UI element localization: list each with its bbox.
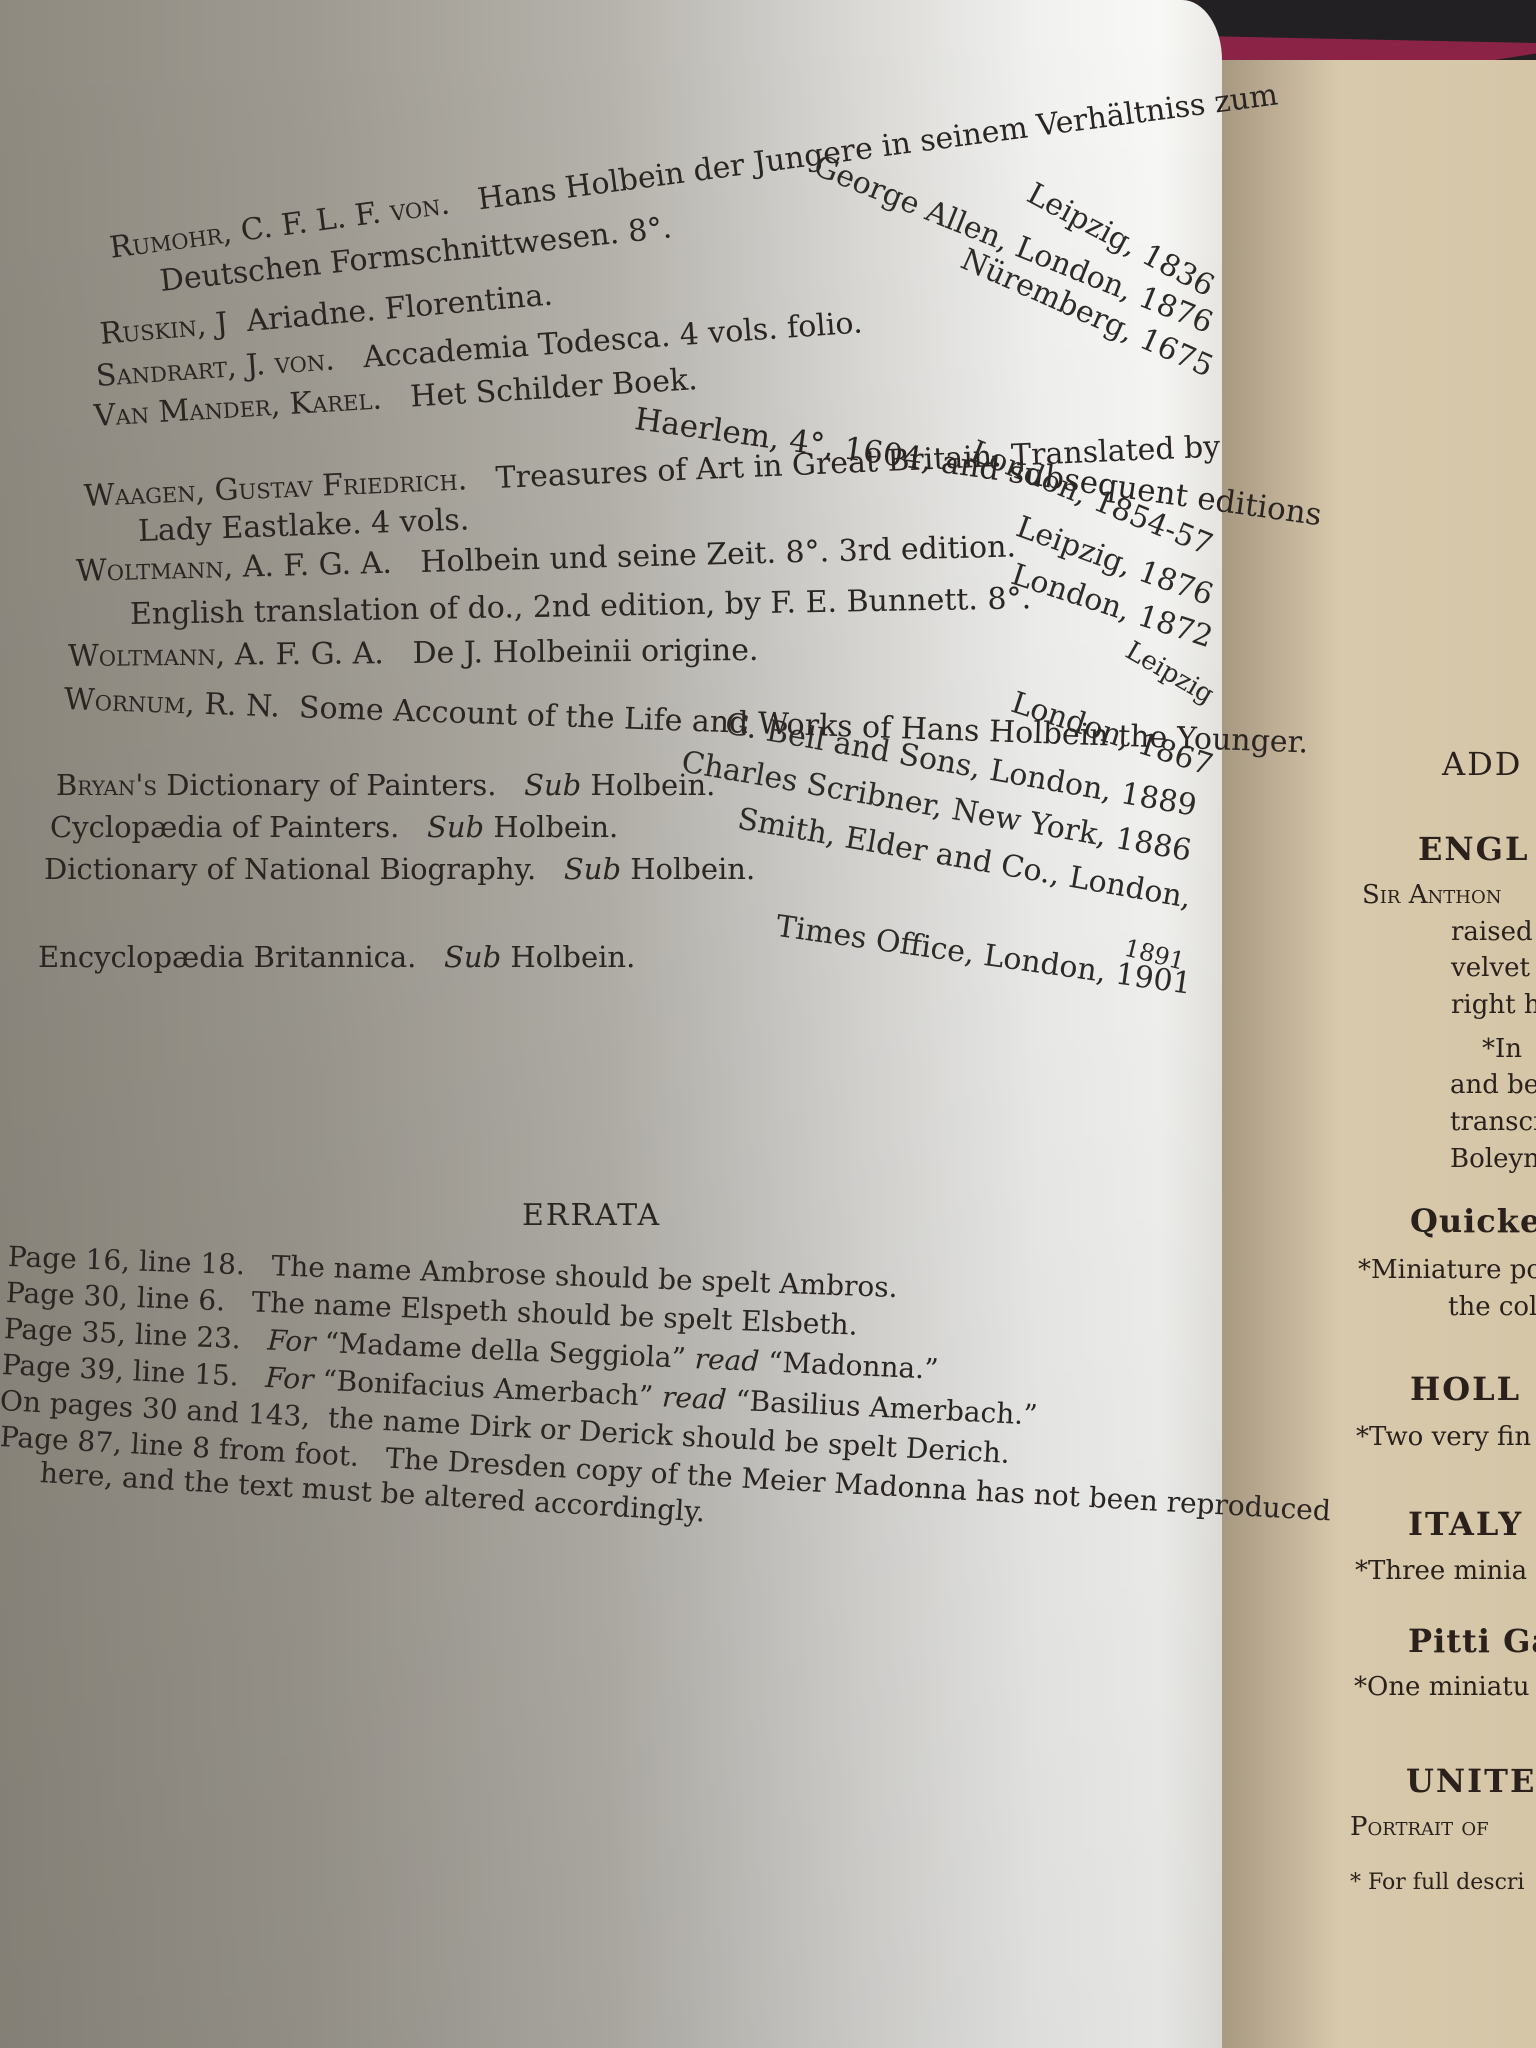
reference-title: Dictionary of Painters. [166,768,496,802]
reference-entry: Dictionary of National Biography. Sub Ho… [44,852,755,886]
section-line: raised [1451,917,1533,947]
section-line: *Miniature po [1358,1255,1536,1285]
errata-ref: Page 30, line 6. [5,1276,225,1317]
reference-entry: Cyclopædia of Painters. Sub Holbein. [50,810,618,844]
page-gutter-shadow [1215,60,1335,2048]
reference-entry: Encyclopædia Britannica. Sub Holbein. [38,940,635,974]
reference-sub: Sub [524,768,581,802]
reference-subject: Holbein. [493,810,618,844]
section-line: *Three minia [1355,1556,1527,1586]
errata-for: For [267,1324,317,1359]
bib-author: Woltmann, A. F. G. A. [68,636,384,674]
section-heading: Quicke [1410,1202,1536,1240]
section-line: Portrait of [1350,1812,1489,1842]
section-line: *Two very fin [1356,1422,1531,1452]
reference-subject: Holbein. [510,940,635,974]
section-heading: Pitti Ga [1408,1622,1536,1660]
section-heading: ENGL [1418,830,1529,868]
reference-title: Encyclopædia Britannica. [38,940,416,974]
bib-title: De J. Holbeinii origine. [412,633,758,671]
reference-title: Dictionary of National Biography. [44,852,536,886]
reference-subject: Holbein. [630,852,755,886]
section-line: *One miniatu [1354,1672,1529,1702]
reference-sub: Sub [564,852,621,886]
errata-for: For [265,1361,315,1396]
errata-ref: Page 16, line 18. [7,1240,245,1281]
section-heading: HOLL [1410,1370,1521,1408]
errata-title: ERRATA [522,1198,661,1233]
section-line: *In [1482,1034,1522,1064]
section-heading: UNITE [1406,1762,1536,1800]
section-line: Boleyn [1450,1144,1536,1174]
section-heading: ITALY [1408,1505,1523,1543]
section-line: right h [1451,990,1536,1020]
section-line: and be [1450,1070,1536,1100]
errata-correction: “Madonna.” [767,1345,939,1385]
reference-sub: Sub [427,810,484,844]
reference-author: Bryan's [56,768,157,802]
bib-entry: Woltmann, A. F. G. A. De J. Holbeinii or… [68,634,759,674]
errata-read: read [661,1380,727,1416]
section-line: the col [1448,1292,1536,1322]
reference-entry: Bryan's Dictionary of Painters. Sub Holb… [56,768,715,802]
right-page-heading: ADD [1442,745,1522,783]
reference-title: Cyclopædia of Painters. [50,810,399,844]
footnote: * For full descri [1350,1870,1524,1895]
bib-author: Wornum, R. N. [63,682,280,725]
reference-sub: Sub [444,940,501,974]
section-line: transcr [1450,1107,1536,1137]
errata-read: read [694,1342,760,1378]
section-line: velvet [1451,953,1530,983]
section-line: Sir Anthon [1362,880,1501,910]
